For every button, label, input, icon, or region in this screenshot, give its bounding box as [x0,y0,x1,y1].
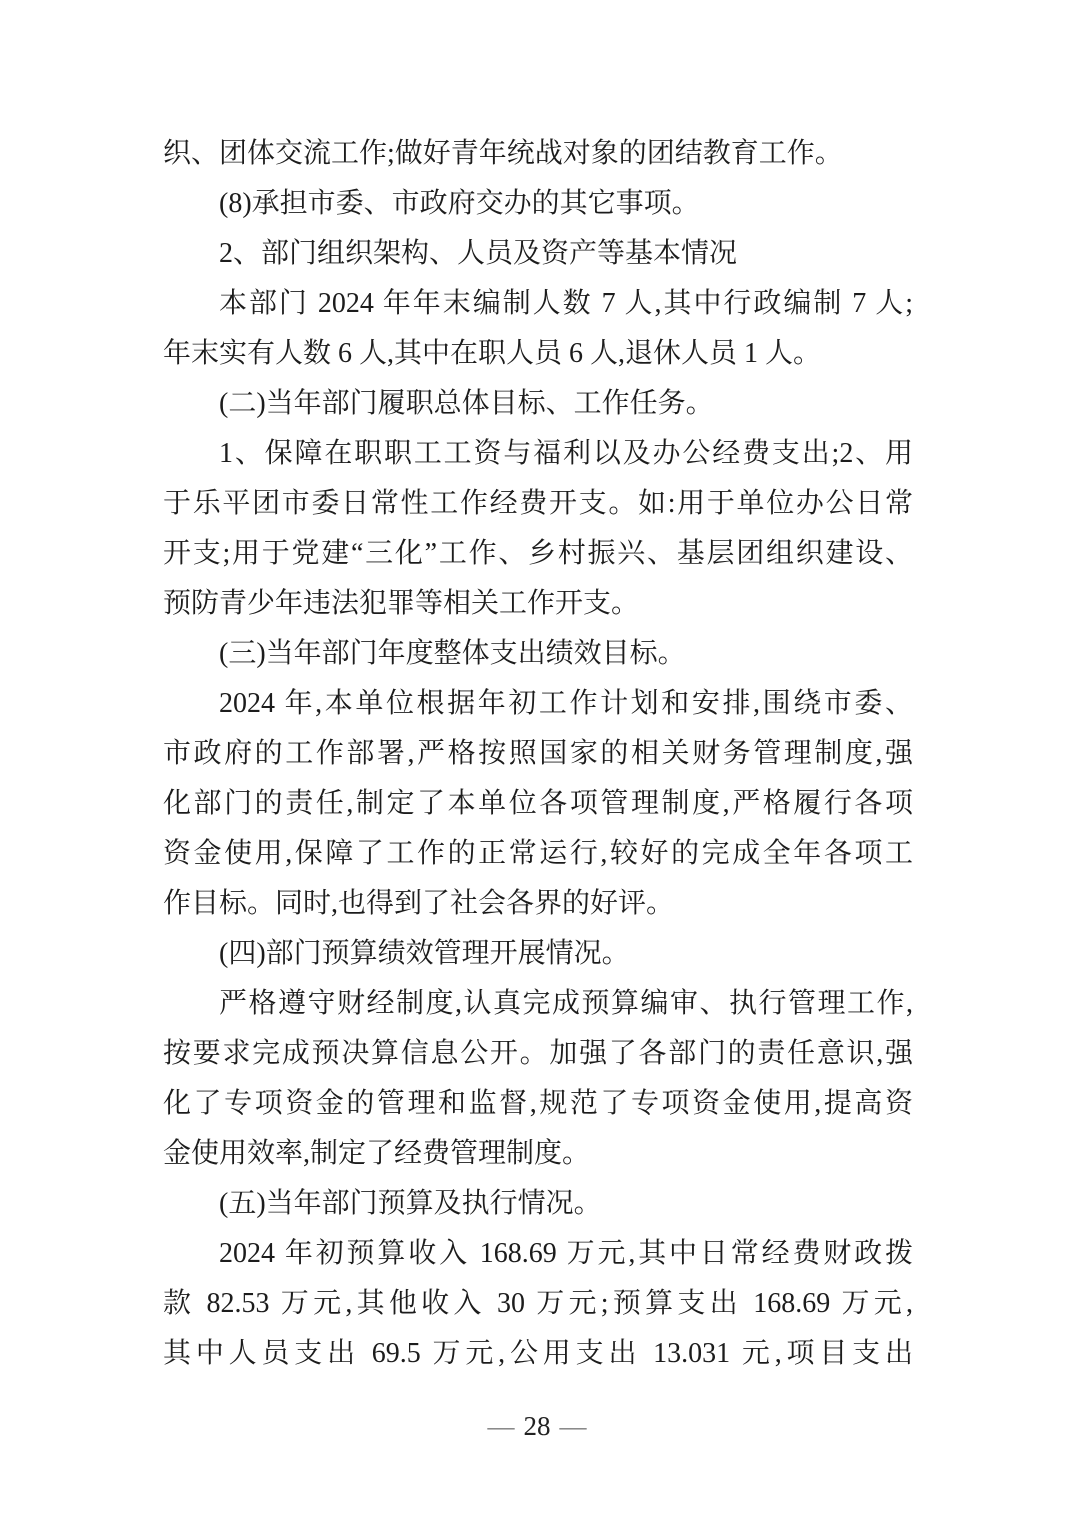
footer-dash-right: — [560,1411,587,1441]
page-number: 28 [524,1411,551,1441]
document-body: 织、团体交流工作;做好青年统战对象的团结教育工作。(8)承担市委、市政府交办的其… [163,129,913,1379]
paragraph-line: 2024 年初预算收入 168.69 万元,其中日常经费财政拨 [163,1229,913,1279]
paragraph-line: (四)部门预算绩效管理开展情况。 [163,929,913,979]
paragraph-line: 资金使用,保障了工作的正常运行,较好的完成全年各项工 [163,829,913,879]
paragraph-line: 1、保障在职职工工资与福利以及办公经费支出;2、用 [163,429,913,479]
footer-dash-left: — [488,1411,515,1441]
paragraph-line: 化部门的责任,制定了本单位各项管理制度,严格履行各项 [163,779,913,829]
paragraph-line: 2024 年,本单位根据年初工作计划和安排,围绕市委、 [163,679,913,729]
paragraph-line: 按要求完成预决算信息公开。加强了各部门的责任意识,强 [163,1029,913,1079]
paragraph-line: 严格遵守财经制度,认真完成预算编审、执行管理工作, [163,979,913,1029]
document-page: 织、团体交流工作;做好青年统战对象的团结教育工作。(8)承担市委、市政府交办的其… [0,0,1074,1520]
paragraph-line: (三)当年部门年度整体支出绩效目标。 [163,629,913,679]
paragraph-line: 化了专项资金的管理和监督,规范了专项资金使用,提高资 [163,1079,913,1129]
paragraph-line: 开支;用于党建“三化”工作、乡村振兴、基层团组织建设、 [163,529,913,579]
paragraph-line: 款 82.53 万元,其他收入 30 万元;预算支出 168.69 万元, [163,1279,913,1329]
paragraph-line: 于乐平团市委日常性工作经费开支。如:用于单位办公日常 [163,479,913,529]
paragraph-line: 作目标。同时,也得到了社会各界的好评。 [163,879,913,929]
paragraph-line: 市政府的工作部署,严格按照国家的相关财务管理制度,强 [163,729,913,779]
paragraph-line: (五)当年部门预算及执行情况。 [163,1179,913,1229]
paragraph-line: (8)承担市委、市政府交办的其它事项。 [163,179,913,229]
paragraph-line: 预防青少年违法犯罪等相关工作开支。 [163,579,913,629]
paragraph-line: 年末实有人数 6 人,其中在职人员 6 人,退休人员 1 人。 [163,329,913,379]
paragraph-line: 2、部门组织架构、人员及资产等基本情况 [163,229,913,279]
page-footer: —28— [0,1411,1074,1442]
paragraph-line: (二)当年部门履职总体目标、工作任务。 [163,379,913,429]
paragraph-line: 其中人员支出 69.5 万元,公用支出 13.031 元,项目支出 [163,1329,913,1379]
paragraph-line: 金使用效率,制定了经费管理制度。 [163,1129,913,1179]
paragraph-line: 本部门 2024 年年末编制人数 7 人,其中行政编制 7 人; [163,279,913,329]
paragraph-line: 织、团体交流工作;做好青年统战对象的团结教育工作。 [163,129,913,179]
